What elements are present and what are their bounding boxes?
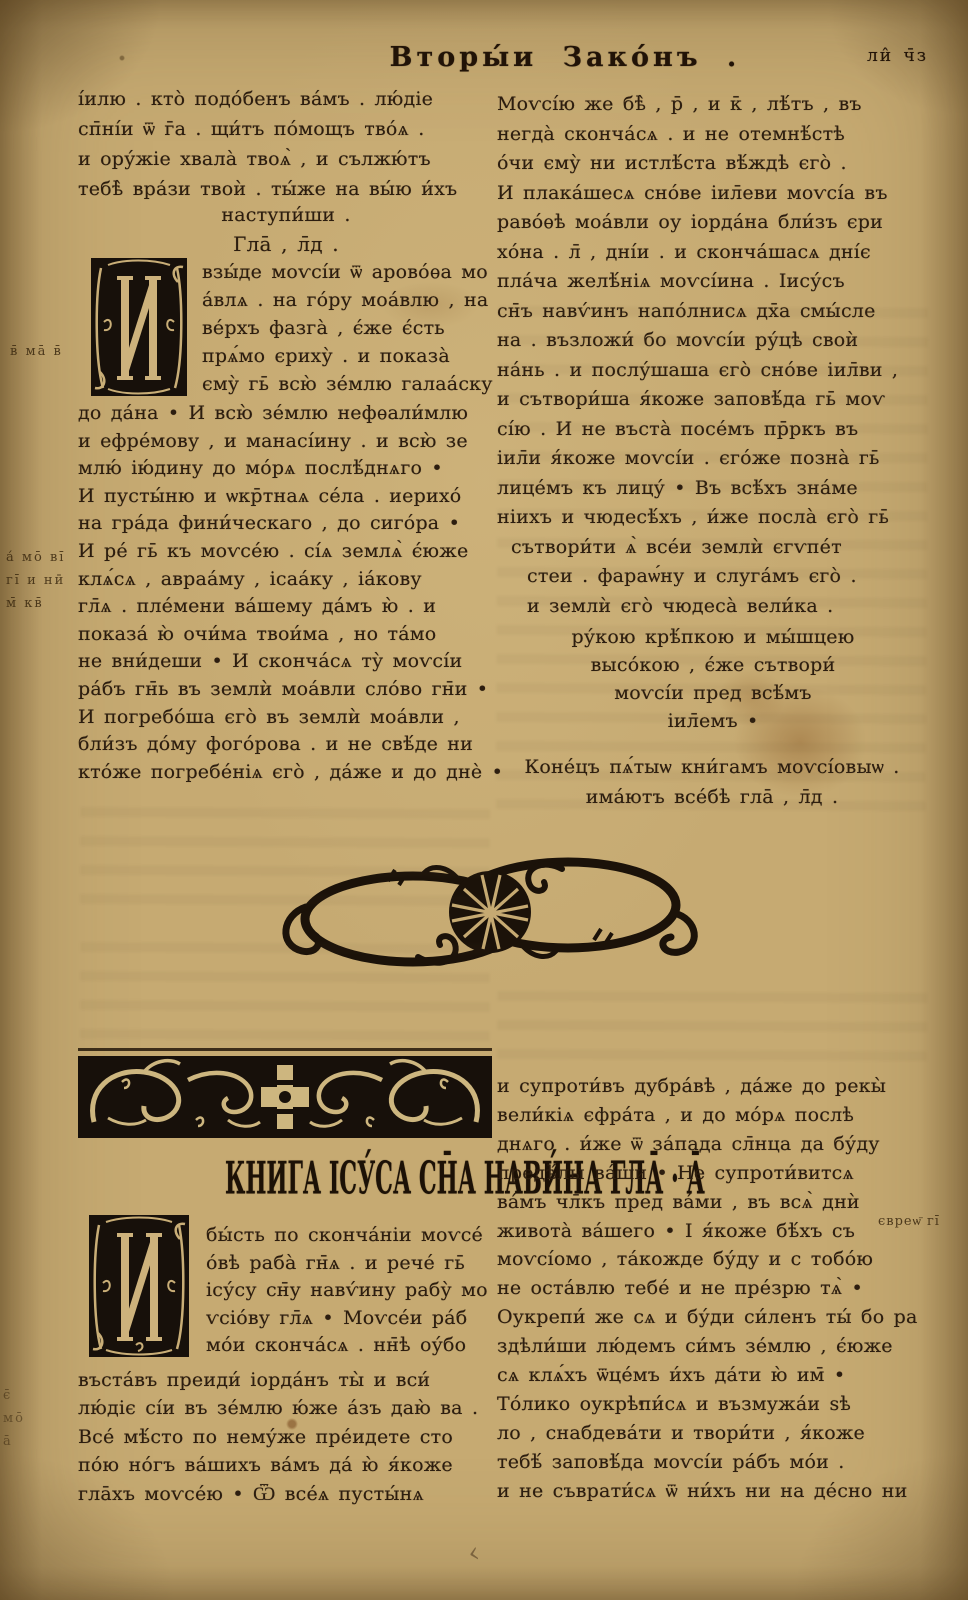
margin-note-hebrews-reference: євреѡ̄ гі̄ xyxy=(878,1210,966,1233)
deut-left-paragraph: і́илю . кто̀ подо́бенъ ва́мъ . лю́діесп̄… xyxy=(78,84,494,204)
text-line: по́ю но́гъ ва́шихъ ва́мъ да́ ю̀ я́коже xyxy=(78,1451,494,1479)
text-line: до да́на • И всю̀ зе́млю нефѳали́млю xyxy=(78,400,494,428)
text-line: не оста́влю тебе́ и не пре́зрю тѧ̀ • xyxy=(497,1274,931,1303)
text-line: о́чи єму̀ ни истлѣ́ста вѣ́ждѣ єго̀ . xyxy=(497,149,929,179)
text-line: млю́ ію́дину до мо́рѧ послѣ́днѧго • xyxy=(78,455,494,483)
margin-note-reference: є̄ мо̄ а̄ xyxy=(3,1384,39,1453)
text-line: здѣли́ши лю́демъ си́мъ зе́млю , є́юже xyxy=(497,1332,931,1361)
text-line: гі̄ и нӣ xyxy=(6,569,82,592)
text-line: стеи . фараѡ́ну и слуга́мъ єго̀ . xyxy=(497,562,929,592)
text-line: Моѵсі́ю же бѣ̀ , р̄ , и к̄ , лѣ́тъ , въ xyxy=(497,90,929,120)
margin-note-reference: в̄ ма̄ в̄ xyxy=(10,340,82,363)
text-line: моѵсі́омо , та́кожде бу́ду и с тобо́ю xyxy=(497,1245,931,1274)
joshua-right-column: и супроти́въ дубра́вѣ , да́же до рекы̀ве… xyxy=(497,1072,931,1506)
text-line: Коне́цъ пѧ́тыѡ кни́гамъ моѵсі́овыѡ . xyxy=(492,752,932,782)
text-line: И пусты́ню и ѡкр̄тнаѧ се́ла . иерихо́ xyxy=(78,483,494,511)
text-line: моѵсі́и пред всѣ́мъ xyxy=(497,679,929,707)
text-line: о́вѣ раба̀ гн̄ѧ . и рече́ гь̄ xyxy=(206,1250,496,1278)
text-line: сі́ю . И не въста̀ посе́мъ пр̄ркъ въ xyxy=(497,415,929,445)
text-line: и землѝ єго̀ чюдеса̀ вели́ка . xyxy=(497,592,929,622)
text-line: пла́ча желѣ́ніѧ моѵсі́ина . Іису́съ xyxy=(497,267,929,297)
folio-number: ли̂ ч̄з xyxy=(828,46,928,66)
text-line: клѧ́сѧ , авраа́му , ісаа́ку , іа́кову xyxy=(78,566,494,594)
text-line: и сътвори́ша я́коже заповѣ́да гь̄ моѵ xyxy=(497,385,929,415)
deut-left-column: до да́на • И всю̀ зе́млю нефѳали́млюи еф… xyxy=(78,400,494,786)
book-colophon: Коне́цъ пѧ́тыѡ кни́гамъ моѵсі́овыѡ .има́… xyxy=(492,752,932,812)
joshua-book-title: КНИГА ІСУ́СА СН̄А НАВИ́НА ГЛА̄ · А̄ xyxy=(78,1152,494,1202)
text-line: іил̄и я́коже моѵсі́и . єго́же позна̀ гь̄ xyxy=(497,444,929,474)
text-line: има́ютъ все́бѣ гла̄ , л̄д . xyxy=(492,782,932,812)
text-line: ру́кою крѣ́пкою и мы́шцею xyxy=(497,623,929,651)
text-line: живота̀ ва́шего • І я́коже бѣ́хъ съ xyxy=(497,1217,931,1246)
headpiece-ornament xyxy=(78,1056,492,1138)
text-line: бы́сть по сконча́ніи моѵсе́ xyxy=(206,1222,496,1250)
text-line: тебѣ̀ вра́зи твоѝ . ты́же на вы́ю и́хъ xyxy=(78,174,494,204)
text-line: іил̄емъ • xyxy=(497,707,929,735)
text-line: То́лико оукрѣпи́сѧ и възмужа́и ѕѣ xyxy=(497,1390,931,1419)
headpiece-top-rule xyxy=(78,1048,492,1051)
text-line: гла̄хъ моѵсе́ю • Ѿ все́ѧ пусты́нѧ xyxy=(78,1480,494,1508)
text-line: Оукрепи́ же сѧ и бу́ди си́ленъ ты́ бо ра xyxy=(497,1303,931,1332)
text-line: на́нь . и послу́шаша єго̀ сно́ве іил̄ви … xyxy=(497,356,929,386)
joshua-left-cap-lines: бы́сть по сконча́ніи моѵсе́о́вѣ раба̀ гн… xyxy=(206,1222,496,1360)
text-line: лице́мъ къ лицу́ • Въ всѣ́хъ зна́ме xyxy=(497,474,929,504)
text-line: Все́ мѣ́сто по нему́же пре́идете сто xyxy=(78,1423,494,1451)
text-line: высо́кою , є́же сътвори́ xyxy=(497,651,929,679)
text-line: ло , снабдева́ти и твори́ти , я́коже xyxy=(497,1419,931,1448)
ornamental-initial-icon xyxy=(88,256,190,398)
text-line: тебѣ́ заповѣ́да моѵсі́и ра́бъ мо́и . xyxy=(497,1448,931,1477)
text-line: на гра́да фини́ческаго , до сиго́ра • xyxy=(78,510,494,538)
text-line: сѧ клѧ́хъ ѿце́мъ и́хъ да́ти ю̀ им̄ • xyxy=(497,1361,931,1390)
text-line: м̄ кв̄ xyxy=(6,592,82,615)
text-line: и супроти́въ дубра́вѣ , да́же до рекы̀ xyxy=(497,1072,931,1101)
text-line: показа́ ю̀ очи́ма твои́ма , но та́мо xyxy=(78,621,494,649)
dropcap-initial-i-deut xyxy=(88,256,190,398)
text-line: ра́бъ гн̄ь въ землѝ моа́вли сло́во гн̄и … xyxy=(78,676,494,704)
floral-headpiece-icon xyxy=(78,1056,492,1138)
text-line: а́влѧ . на го́ру моа́влю , на xyxy=(202,286,494,314)
text-line: сътвори́ти ѧ̀ все́и землѝ єгѵпе́т xyxy=(497,533,929,563)
text-line: и ефре́мову , и манасі́ину . и всю̀ зе xyxy=(78,428,494,456)
text-line: на . възложи́ бо моѵсі́и ру́цѣ своѝ xyxy=(497,326,929,356)
text-line: хо́на . л̄ , дні́и . и сконча́шасѧ дні́є xyxy=(497,238,929,268)
knotwork-tailpiece-icon xyxy=(268,845,713,980)
margin-note-references: а́ мо̄ ві̄гі̄ и нӣм̄ кв̄ xyxy=(6,546,82,615)
text-line: прѧ́мо єриху̀ . и показа̀ xyxy=(202,342,494,370)
deut-left-paragraph-last-line: наступи́ши . xyxy=(78,204,494,226)
quire-mark: ‹ xyxy=(465,1535,483,1570)
deut-right-taper: ру́кою крѣ́пкою и мы́шцеювысо́кою , є́же… xyxy=(497,623,929,735)
text-line: ісу́су сн̄у навѵ́ину рабу̀ мо xyxy=(206,1277,496,1305)
text-line: взы́де моѵсі́и ѿ арово́ѳа мо xyxy=(202,258,494,286)
text-line: ѵсіо́ву гл̄ѧ • Моѵсе́и ра́б xyxy=(206,1305,496,1333)
text-line: И плака́шесѧ сно́ве іил̄еви моѵсі́а въ xyxy=(497,179,929,209)
text-line: раво́ѳѣ моа́вли оу іорда́на бли́зъ єри xyxy=(497,208,929,238)
text-line: єму̀ гь̄ всю̀ зе́млю галаа́ску xyxy=(202,370,494,398)
text-line: днѧго . и́же ѿ за́пада сл̄нца да бу́ду xyxy=(497,1130,931,1159)
text-line: въста́въ преиди́ іорда́нъ ты̀ и вси́ xyxy=(78,1366,494,1394)
text-line: ніихъ и чюдесѣ́хъ , и́же посла̀ єго̀ гь̄ xyxy=(497,503,929,533)
deut-left-cap-lines: взы́де моѵсі́и ѿ арово́ѳа моа́влѧ . на г… xyxy=(202,258,494,398)
joshua-left-column: въста́въ преиди́ іорда́нъ ты̀ и вси́лю́д… xyxy=(78,1366,494,1508)
text-line: лю́діє сі́и въ зе́млю ю́же а́зъ даю̀ ва … xyxy=(78,1394,494,1422)
text-line: предѣ́лы ва́ши • Не супроти́витсѧ xyxy=(497,1159,931,1188)
text-line: и ору́жіе хвала̀ твоѧ̀ , и сължю́тъ xyxy=(78,144,494,174)
text-line: кто́же погребе́ніѧ єго̀ , да́же и до днѐ… xyxy=(78,759,494,787)
running-title: Вторы́и Зако́нъ . xyxy=(330,42,800,73)
text-line: бли́зъ до́му фого́рова . и не свѣ́де ни xyxy=(78,731,494,759)
text-line: и не съврати́сѧ ѿ ни́хъ ни на де́сно ни xyxy=(497,1477,931,1506)
text-line: сн̄ъ навѵ́инъ напо́лнисѧ дх̄а смы́сле xyxy=(497,297,929,327)
text-line: ве́рхъ фазга̀ , є́же є́сть xyxy=(202,314,494,342)
chapter-heading: Гла̄ , л̄д . xyxy=(78,232,494,256)
ornamental-initial-icon xyxy=(86,1213,192,1359)
text-line: гл̄ѧ . пле́мени ва́шему да́мъ ю̀ . и xyxy=(78,593,494,621)
book-page-scan: Вторы́и Зако́нъ . ли̂ ч̄з і́илю . кто̀ п… xyxy=(0,0,968,1600)
text-line: не вни́деши • И сконча́сѧ ту̀ моѵсі́и xyxy=(78,648,494,676)
text-line: И ре́ гь̄ къ моѵсе́ю . сі́ѧ землѧ̀ є́юже xyxy=(78,538,494,566)
text-line: і́илю . кто̀ подо́бенъ ва́мъ . лю́діе xyxy=(78,84,494,114)
text-line: И погребо́ша єго̀ въ землѝ моа́вли , xyxy=(78,704,494,732)
text-line: вели́кіѧ єфра́та , и до мо́рѧ послѣ xyxy=(497,1101,931,1130)
text-line: сп̄ні́и ѿ г̄а . щи́тъ по́мощъ тво́ѧ . xyxy=(78,114,494,144)
show-through xyxy=(497,984,927,1061)
tailpiece-knot-ornament xyxy=(268,845,713,980)
dropcap-initial-i-joshua xyxy=(86,1213,192,1359)
text-line: ва́мъ чл̄къ пред ва́ми , въ всѧ̀ днѝ xyxy=(497,1188,931,1217)
deut-right-column: Моѵсі́ю же бѣ̀ , р̄ , и к̄ , лѣ́тъ , вън… xyxy=(497,90,929,621)
text-line: а́ мо̄ ві̄ xyxy=(6,546,82,569)
text-line: негда̀ сконча́сѧ . и не отемнѣ́стѣ xyxy=(497,120,929,150)
text-line: мо́и сконча́сѧ . нн̄ѣ оу́бо xyxy=(206,1332,496,1360)
